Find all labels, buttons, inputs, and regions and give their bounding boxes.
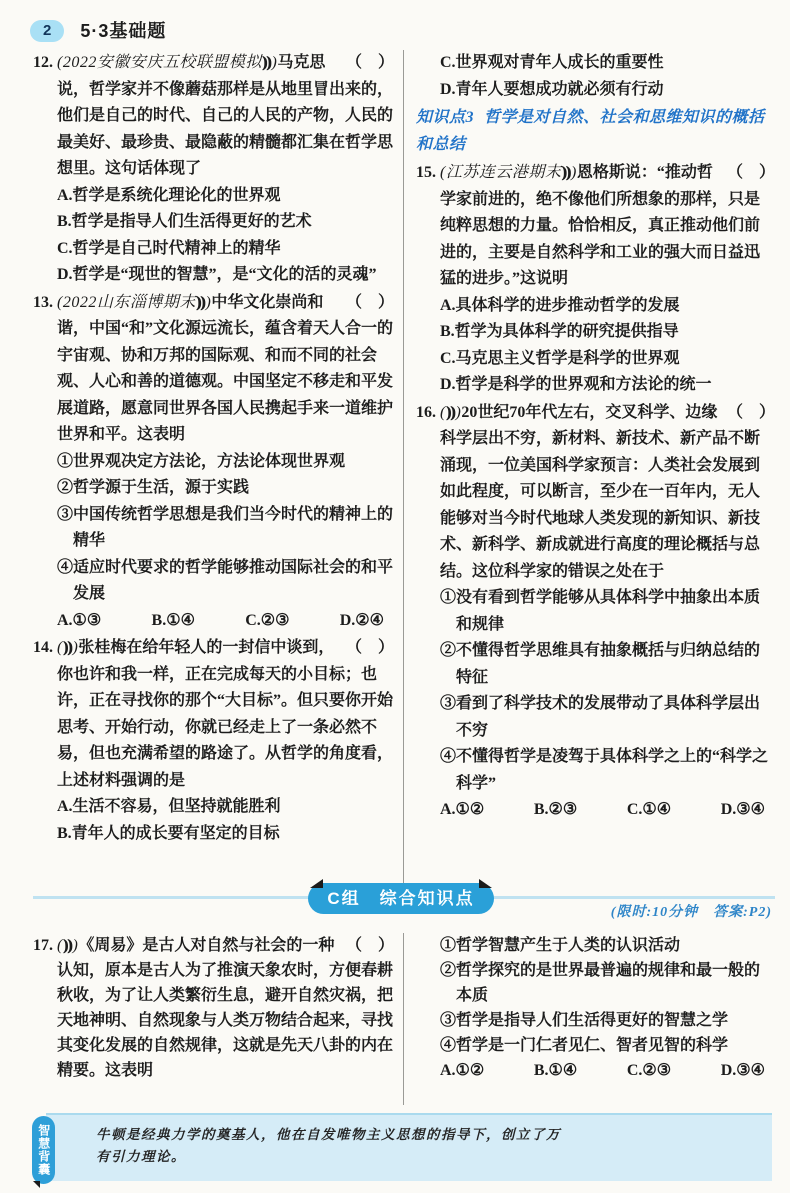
choice-c: C.②③ (245, 608, 289, 635)
question-source: ( (57, 639, 63, 656)
question-source: (2022山东淄博期末 (57, 294, 196, 311)
left-column: 12. (2022安徽安庆五校联盟模拟)))（ ）马克思说，哲学家并不像蘑菇那样… (33, 50, 404, 883)
variant-marker-icon: )) (196, 294, 206, 311)
question-number: 13. (33, 290, 53, 317)
statement-4: ④适应时代要求的哲学能够推动国际社会的和平发展 (57, 555, 394, 608)
question-14: 14. ()))（ ）张桂梅在给年轻人的一封信中谈到，你也许和我一样，正在完成每… (33, 635, 394, 847)
option-c: C.世界观对青年人成长的重要性 (440, 50, 775, 77)
choice-row: A.①② B.①④ C.②③ D.③④ (440, 1058, 775, 1083)
choice-d: D.③④ (721, 1058, 765, 1083)
option-a: A.具体科学的进步推动哲学的发展 (440, 293, 775, 320)
answer-blank: （ ） (346, 50, 394, 77)
choice-d: D.③④ (721, 797, 765, 824)
answer-blank: （ ） (346, 290, 394, 317)
answer-blank: （ ） (727, 400, 775, 427)
question-number: 17. (33, 933, 53, 958)
question-source: (2022安徽安庆五校联盟模拟 (57, 54, 262, 71)
question-13: 13. (2022山东淄博期末)))（ ）中华文化崇尚和谐，中国“和”文化源远流… (33, 290, 394, 635)
right-column-bottom: ①哲学智慧产生于人类的认识活动 ②哲学探究的是世界最普遍的规律和最一般的本质 ③… (404, 933, 775, 1105)
choice-d: D.②④ (340, 608, 384, 635)
question-source: ( (57, 937, 63, 954)
choice-row: A.①② B.②③ C.①④ D.③④ (440, 797, 775, 824)
question-stem: (2022安徽安庆五校联盟模拟)))（ ）马克思说，哲学家并不像蘑菇那样是从地里… (57, 50, 394, 183)
section-banner: C组 综合知识点 (限时:10分钟 答案:P2) (0, 880, 790, 932)
option-d: D.青年人要想成功就必须有行动 (440, 77, 775, 104)
statement-1: ①没有看到哲学能够从具体科学中抽象出本质和规律 (440, 585, 775, 638)
option-b: B.青年人的成长要有坚定的目标 (57, 821, 394, 848)
wisdom-backpack-tab: 智慧背囊 (32, 1116, 55, 1184)
statement-3: ③中国传统哲学思想是我们当今时代的精神上的精华 (57, 502, 394, 555)
page-header: 2 5·3基础题 (30, 18, 166, 45)
question-source: ( (440, 404, 446, 421)
stem-text: 《周易》是古人对自然与社会的一种认知，原本是古人为了推演天象农时，方便春耕秋收，… (57, 937, 393, 1079)
page-number-badge: 2 (30, 20, 64, 42)
answer-blank: （ ） (346, 635, 394, 662)
option-d: D.哲学是科学的世界观和方法论的统一 (440, 372, 775, 399)
stem-text: 张桂梅在给年轻人的一封信中谈到，你也许和我一样，正在完成每天的小目标；也许，正在… (57, 639, 393, 789)
statement-3: ③看到了科学技术的发展带动了具体科学层出不穷 (440, 691, 775, 744)
stem-text: 20世纪70年代左右，交叉科学、边缘科学层出不穷，新材料、新技术、新产品不断涌现… (440, 404, 760, 580)
stem-text: 恩格斯说：“推动哲学家前进的，绝不像他们所想象的那样，只是纯粹思想的力量。恰恰相… (440, 164, 760, 287)
question-15: 15. (江苏连云港期末)))（ ）恩格斯说：“推动哲学家前进的，绝不像他们所想… (416, 160, 775, 399)
left-column-bottom: 17. ()))（ ）《周易》是古人对自然与社会的一种认知，原本是古人为了推演天… (33, 933, 404, 1105)
stem-text: 马克思说，哲学家并不像蘑菇那样是从地里冒出来的，他们是自己的时代、自己的人民的产… (57, 54, 393, 177)
option-c: C.哲学是自己时代精神上的精华 (57, 236, 394, 263)
option-c: C.马克思主义哲学是科学的世界观 (440, 346, 775, 373)
variant-marker-icon: )) (561, 164, 571, 181)
wisdom-footer: 智慧背囊 牛顿是经典力学的奠基人，他在自发唯物主义思想的指导下，创立了万有引力理… (0, 1110, 790, 1188)
question-17: 17. ()))（ ）《周易》是古人对自然与社会的一种认知，原本是古人为了推演天… (33, 933, 394, 1083)
statement-2: ②不懂得哲学思维具有抽象概括与归纳总结的特征 (440, 638, 775, 691)
time-limit-note: (限时:10分钟 答案:P2) (611, 900, 772, 927)
question-stem: (江苏连云港期末)))（ ）恩格斯说：“推动哲学家前进的，绝不像他们所想象的那样… (440, 160, 775, 293)
statement-2: ②哲学源于生活，源于实践 (57, 475, 394, 502)
question-12: 12. (2022安徽安庆五校联盟模拟)))（ ）马克思说，哲学家并不像蘑菇那样… (33, 50, 394, 289)
statement-2: ②哲学探究的是世界最普遍的规律和最一般的本质 (440, 958, 775, 1008)
choice-a: A.①② (440, 1058, 484, 1083)
wisdom-quote: 牛顿是经典力学的奠基人，他在自发唯物主义思想的指导下，创立了万有引力理论。 (96, 1124, 570, 1168)
option-b: B.哲学为具体科学的研究提供指导 (440, 319, 775, 346)
workbook-page: 2 5·3基础题 12. (2022安徽安庆五校联盟模拟)))（ ）马克思说，哲… (0, 0, 790, 1193)
knowledge-point-heading: 知识点3哲学是对自然、社会和思维知识的概括和总结 (416, 105, 775, 158)
choice-c: C.②③ (627, 1058, 671, 1083)
stem-text: 中华文化崇尚和谐，中国“和”文化源远流长，蕴含着天人合一的宇宙观、协和万邦的国际… (57, 294, 393, 444)
right-column: C.世界观对青年人成长的重要性 D.青年人要想成功就必须有行动 知识点3哲学是对… (404, 50, 775, 883)
option-b: B.哲学是指导人们生活得更好的艺术 (57, 209, 394, 236)
question-stem: ()))（ ）《周易》是古人对自然与社会的一种认知，原本是古人为了推演天象农时，… (57, 933, 394, 1083)
statement-4: ④哲学是一门仁者见仁、智者见智的科学 (440, 1033, 775, 1058)
page-title: 5·3基础题 (80, 18, 166, 45)
statement-1: ①世界观决定方法论，方法论体现世界观 (57, 449, 394, 476)
knowledge-point-label: 知识点3 (416, 109, 474, 126)
option-d: D.哲学是“现世的智慧”，是“文化的活的灵魂” (57, 262, 394, 289)
answer-blank: （ ） (727, 160, 775, 187)
option-a: A.哲学是系统化理论化的世界观 (57, 183, 394, 210)
bottom-columns: 17. ()))（ ）《周易》是古人对自然与社会的一种认知，原本是古人为了推演天… (33, 933, 775, 1105)
group-c-banner: C组 综合知识点 (308, 883, 494, 914)
question-number: 15. (416, 160, 436, 187)
question-14-continued: C.世界观对青年人成长的重要性 D.青年人要想成功就必须有行动 (416, 50, 775, 103)
question-number: 12. (33, 50, 53, 77)
question-stem: ()))（ ）20世纪70年代左右，交叉科学、边缘科学层出不穷，新材料、新技术、… (440, 400, 775, 586)
question-number: 16. (416, 400, 436, 427)
answer-blank: （ ） (346, 933, 394, 958)
choice-b: B.①④ (534, 1058, 577, 1083)
variant-marker-icon: )) (262, 54, 272, 71)
choice-b: B.①④ (152, 608, 195, 635)
question-stem: (2022山东淄博期末)))（ ）中华文化崇尚和谐，中国“和”文化源远流长，蕴含… (57, 290, 394, 449)
question-source: (江苏连云港期末 (440, 164, 561, 181)
statement-3: ③哲学是指导人们生活得更好的智慧之学 (440, 1008, 775, 1033)
choice-a: A.①② (440, 797, 484, 824)
choice-row: A.①③ B.①④ C.②③ D.②④ (57, 608, 394, 635)
question-stem: ()))（ ）张桂梅在给年轻人的一封信中谈到，你也许和我一样，正在完成每天的小目… (57, 635, 394, 794)
choice-a: A.①③ (57, 608, 101, 635)
question-number: 14. (33, 635, 53, 662)
question-17-continued: ①哲学智慧产生于人类的认识活动 ②哲学探究的是世界最普遍的规律和最一般的本质 ③… (416, 933, 775, 1083)
option-a: A.生活不容易，但坚持就能胜利 (57, 794, 394, 821)
statement-4: ④不懂得哲学是凌驾于具体科学之上的“科学之科学” (440, 744, 775, 797)
choice-b: B.②③ (534, 797, 577, 824)
choice-c: C.①④ (627, 797, 671, 824)
top-columns: 12. (2022安徽安庆五校联盟模拟)))（ ）马克思说，哲学家并不像蘑菇那样… (33, 50, 775, 883)
statement-1: ①哲学智慧产生于人类的认识活动 (440, 933, 775, 958)
question-16: 16. ()))（ ）20世纪70年代左右，交叉科学、边缘科学层出不穷，新材料、… (416, 400, 775, 824)
